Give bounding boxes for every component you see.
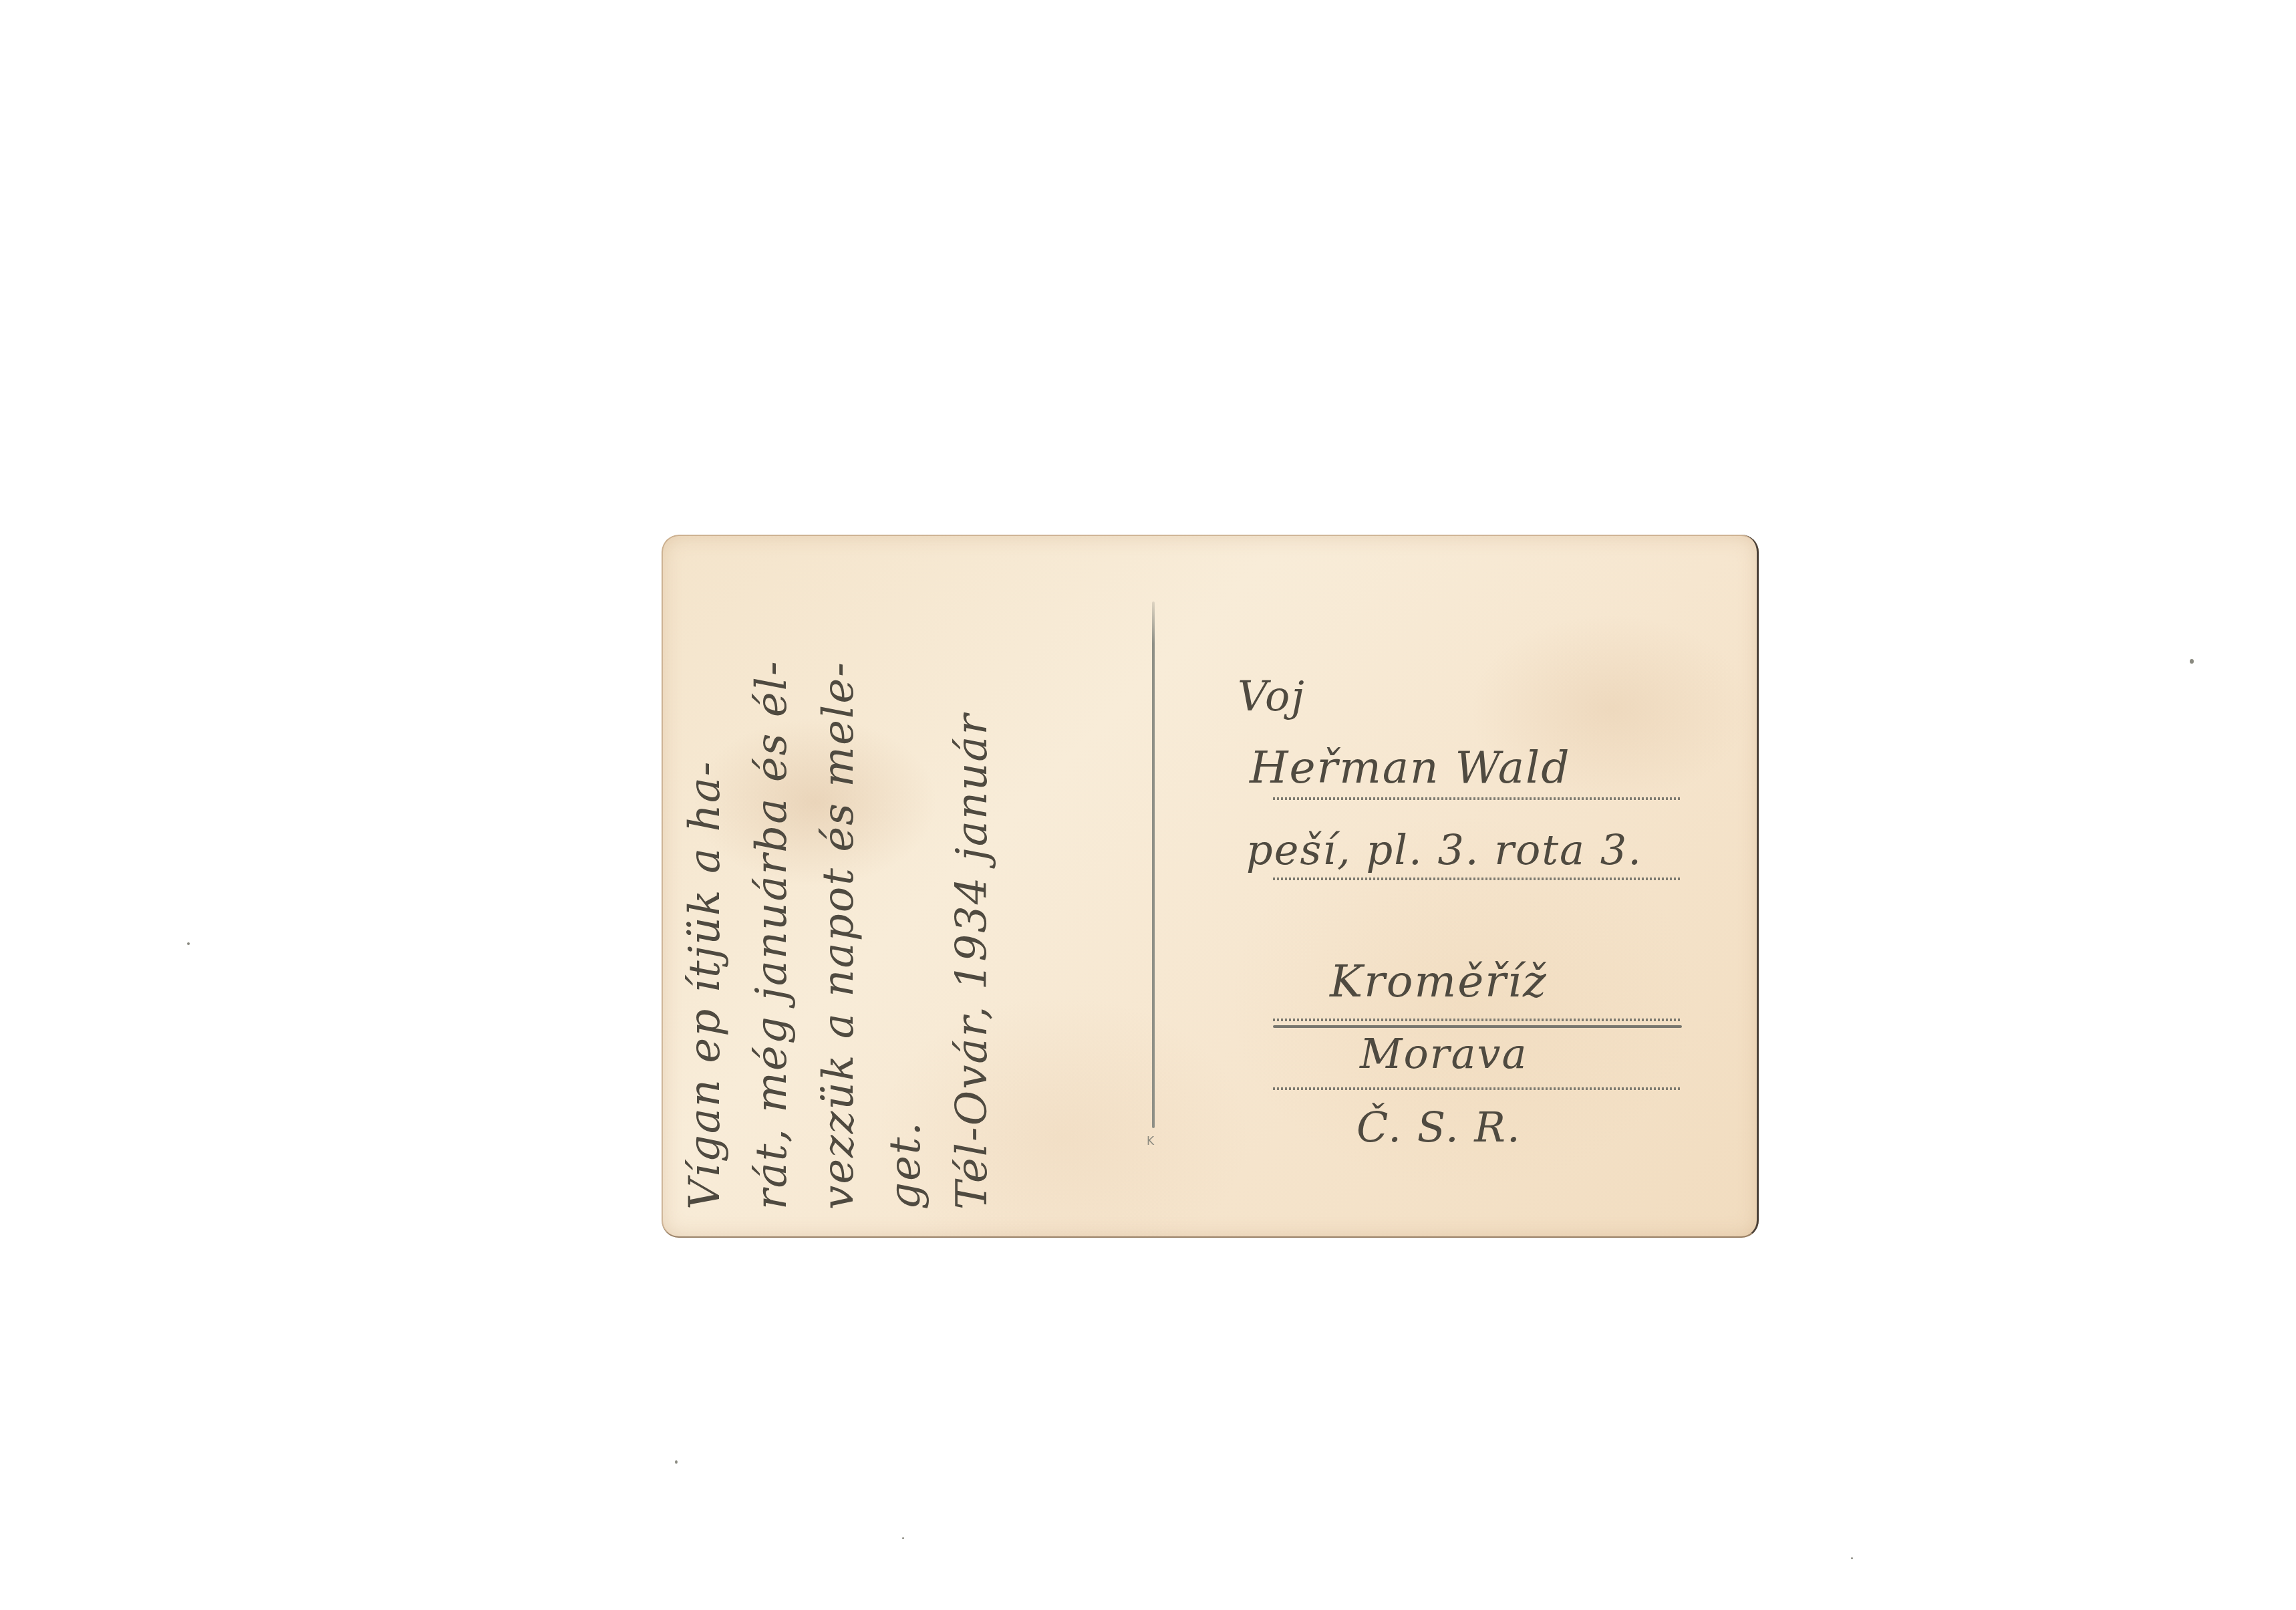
address-dotted-line-4	[1273, 1087, 1682, 1090]
address-dotted-line-3	[1273, 1019, 1682, 1021]
message-line-4: get.	[872, 555, 939, 1210]
printer-mark: K	[1147, 1135, 1154, 1148]
address-country: Č. S. R.	[1356, 1103, 1522, 1152]
address-name: Heřman Wald	[1250, 742, 1570, 793]
scan-speck	[2190, 659, 2194, 664]
message-line-3: vezzük a napot és mele-	[805, 555, 872, 1210]
address-unit: peší, pl. 3. rota 3.	[1246, 825, 1642, 874]
address-city-underline	[1273, 1025, 1682, 1028]
scan-speck	[902, 1537, 904, 1539]
address-dotted-line-1	[1273, 797, 1682, 800]
address-region: Morava	[1360, 1029, 1528, 1078]
message-line-5-signature-date: Tél-Ovár, 1934 január	[939, 555, 1006, 1210]
address-title: Voj	[1238, 672, 1306, 720]
scan-speck	[187, 942, 190, 945]
scan-speck	[1851, 1557, 1853, 1559]
address-city: Kroměříž	[1330, 956, 1548, 1007]
postcard: Vígan ep ítjük a ha- rát, még januárba é…	[662, 535, 1759, 1238]
address-dotted-line-2	[1273, 878, 1682, 880]
scan-speck	[675, 1460, 678, 1464]
message-line-1: Vígan ep ítjük a ha-	[672, 555, 738, 1210]
center-divider-line	[1152, 601, 1155, 1128]
message-line-2: rát, még januárba és él-	[738, 555, 805, 1210]
message-block: Vígan ep ítjük a ha- rát, még januárba é…	[672, 555, 1006, 1210]
